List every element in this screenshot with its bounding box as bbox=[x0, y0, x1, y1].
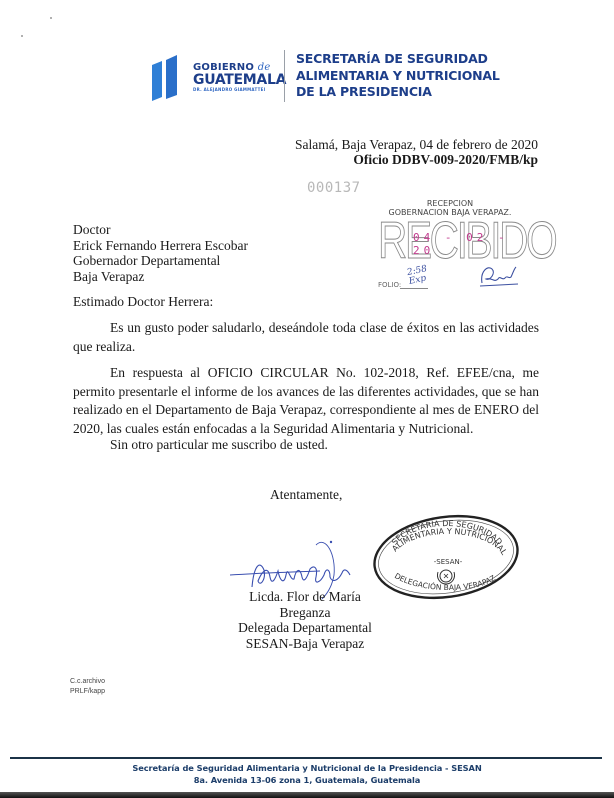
handwritten-note: Exp bbox=[408, 274, 430, 287]
logo-line2: GUATEMALA bbox=[193, 73, 286, 87]
institution-title-line: SECRETARÍA DE SEGURIDAD bbox=[296, 51, 500, 68]
coat-of-arms-icon bbox=[437, 570, 454, 584]
folio-line bbox=[400, 288, 428, 289]
reception-stamp: RECEPCION GOBERNACION BAJA VERAPAZ. RECI… bbox=[375, 199, 525, 294]
addressee-title: Doctor bbox=[73, 222, 248, 238]
signer-name: Licda. Flor de María Breganza bbox=[225, 589, 385, 620]
signer-role: Delegada Departamental bbox=[225, 620, 385, 636]
reception-date-ink: 04 - 02 - 20 bbox=[413, 231, 525, 257]
serial-number-stamp: 000137 bbox=[307, 180, 361, 196]
addressee-position: Gobernador Departamental bbox=[73, 253, 248, 269]
institution-title-line: DE LA PRESIDENCIA bbox=[296, 84, 500, 101]
signer-block: Licda. Flor de María Breganza Delegada D… bbox=[225, 589, 385, 651]
guatemala-flag-bars-icon bbox=[150, 55, 190, 101]
folio-label: FOLIO: bbox=[378, 281, 401, 289]
addressee-location: Baja Verapaz bbox=[73, 269, 248, 285]
addressee-block: Doctor Erick Fernando Herrera Escobar Go… bbox=[73, 222, 248, 284]
greeting: Estimado Doctor Herrera: bbox=[73, 294, 213, 310]
closing: Atentamente, bbox=[270, 487, 342, 503]
scan-bottom-edge bbox=[0, 792, 614, 798]
government-logo: GOBIERNO de GUATEMALA DR. ALEJANDRO GIAM… bbox=[193, 62, 286, 93]
institution-title-line: ALIMENTARIA Y NUTRICIONAL bbox=[296, 68, 500, 85]
institution-title: SECRETARÍA DE SEGURIDAD ALIMENTARIA Y NU… bbox=[296, 51, 500, 101]
reception-stamp-line1: RECEPCION bbox=[375, 199, 525, 208]
handwritten-initial-icon bbox=[478, 261, 524, 291]
body-paragraph: Sin otro particular me suscribo de usted… bbox=[73, 436, 539, 455]
header-divider bbox=[284, 50, 285, 102]
footer-institution: Secretaría de Seguridad Alimentaria y Nu… bbox=[0, 763, 614, 775]
place-date: Salamá, Baja Verapaz, 04 de febrero de 2… bbox=[295, 137, 538, 153]
footer-divider bbox=[10, 757, 602, 759]
scan-speck bbox=[21, 35, 23, 37]
cc-line: PRLF/kapp bbox=[70, 687, 105, 697]
body-paragraph: En respuesta al OFICIO CIRCULAR No. 102-… bbox=[73, 364, 539, 438]
addressee-name: Erick Fernando Herrera Escobar bbox=[73, 238, 248, 254]
reference-number: Oficio DDBV-009-2020/FMB/kp bbox=[353, 152, 538, 168]
scan-speck bbox=[50, 17, 52, 19]
footer: Secretaría de Seguridad Alimentaria y Nu… bbox=[0, 763, 614, 786]
signer-office: SESAN-Baja Verapaz bbox=[225, 636, 385, 652]
body-paragraph: Es un gusto poder saludarlo, deseándole … bbox=[73, 319, 539, 356]
cc-line: C.c.archivo bbox=[70, 677, 105, 687]
footer-address: 8a. Avenida 13-06 zona 1, Guatemala, Gua… bbox=[0, 775, 614, 787]
handwritten-time: 2:58 Exp bbox=[406, 265, 430, 287]
svg-text:-SESAN-: -SESAN- bbox=[434, 558, 463, 566]
carbon-copy: C.c.archivo PRLF/kapp bbox=[70, 677, 105, 697]
sesan-oval-stamp: SECRETARÍA DE SEGURIDAD ALIMENTARIA Y NU… bbox=[372, 508, 520, 606]
